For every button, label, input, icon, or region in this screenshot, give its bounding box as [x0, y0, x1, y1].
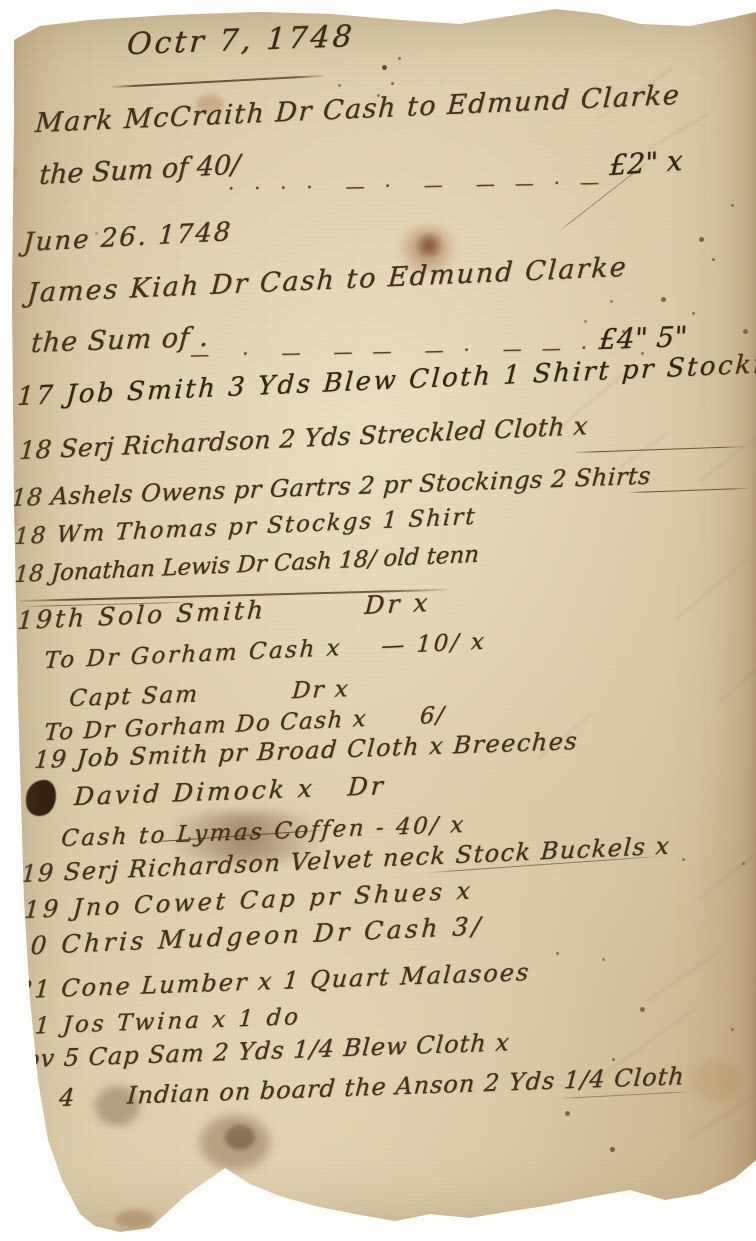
ledger-line: Mark McCraith Dr Cash to Edmund Clarke	[34, 82, 681, 137]
ledger-line: 19th Solo Smith Dr x	[16, 590, 431, 633]
ink-rule	[575, 446, 745, 453]
ledger-line: 4 Indian on board the Anson 2 Yds 1/4 Cl…	[58, 1064, 685, 1110]
paper-sheet: Octr 7, 1748 Mark McCraith Dr Cash to Ed…	[0, 0, 756, 1241]
stain	[612, 7, 707, 15]
stain	[225, 1125, 255, 1150]
ledger-line: James Kiah Dr Cash to Edmund Clarke	[26, 254, 628, 307]
amount-value: £4" 5"	[598, 323, 688, 354]
stain	[200, 1115, 270, 1170]
ledger-line: the Sum of 40/	[39, 151, 241, 189]
ledger-line: 18 Ashels Owens pr Gartrs 2 pr Stockings…	[10, 464, 651, 510]
stain	[115, 1210, 155, 1228]
underline	[112, 75, 324, 88]
stain	[2, 166, 16, 180]
scanned-page: Octr 7, 1748 Mark McCraith Dr Cash to Ed…	[0, 0, 756, 1241]
ink-blot	[26, 780, 56, 816]
leader-dashes: · · · · — · — — — · —	[228, 173, 606, 199]
show-through-mark	[699, 437, 755, 482]
ink-specks	[0, 0, 3, 3]
ledger-line: 18 Wm Thomas pr Stockgs 1 Shirt	[14, 506, 478, 549]
show-through-mark	[675, 557, 749, 620]
ledger-line: Capt Sam Dr x	[68, 678, 350, 711]
ledger-line: 21 Jos Twina x 1 do	[16, 1006, 301, 1039]
header-date: Octr 7, 1748	[126, 22, 356, 60]
show-through-mark	[697, 830, 756, 899]
ledger-line: 18 Jonathan Lewis Dr Cash 18/ old tenn	[14, 544, 480, 587]
stain	[690, 1060, 740, 1100]
ledger-line: David Dimock x Dr	[73, 773, 386, 809]
show-through-mark	[687, 1095, 755, 1140]
ledger-line: 21 Cone Lumber x 1 Quart Malasoes	[16, 960, 531, 1002]
show-through-mark	[647, 949, 722, 1002]
ledger-line: To Dr Gorham Cash x — 10/ x	[44, 631, 487, 673]
show-through-mark	[719, 649, 756, 702]
stain	[412, 233, 446, 257]
date-line: June 26. 1748	[23, 219, 233, 256]
ledger-line: 18 Serj Richardson 2 Yds Streckled Cloth…	[18, 413, 588, 463]
stain	[0, 503, 16, 537]
ledger-line: the Sum of .	[30, 324, 210, 357]
